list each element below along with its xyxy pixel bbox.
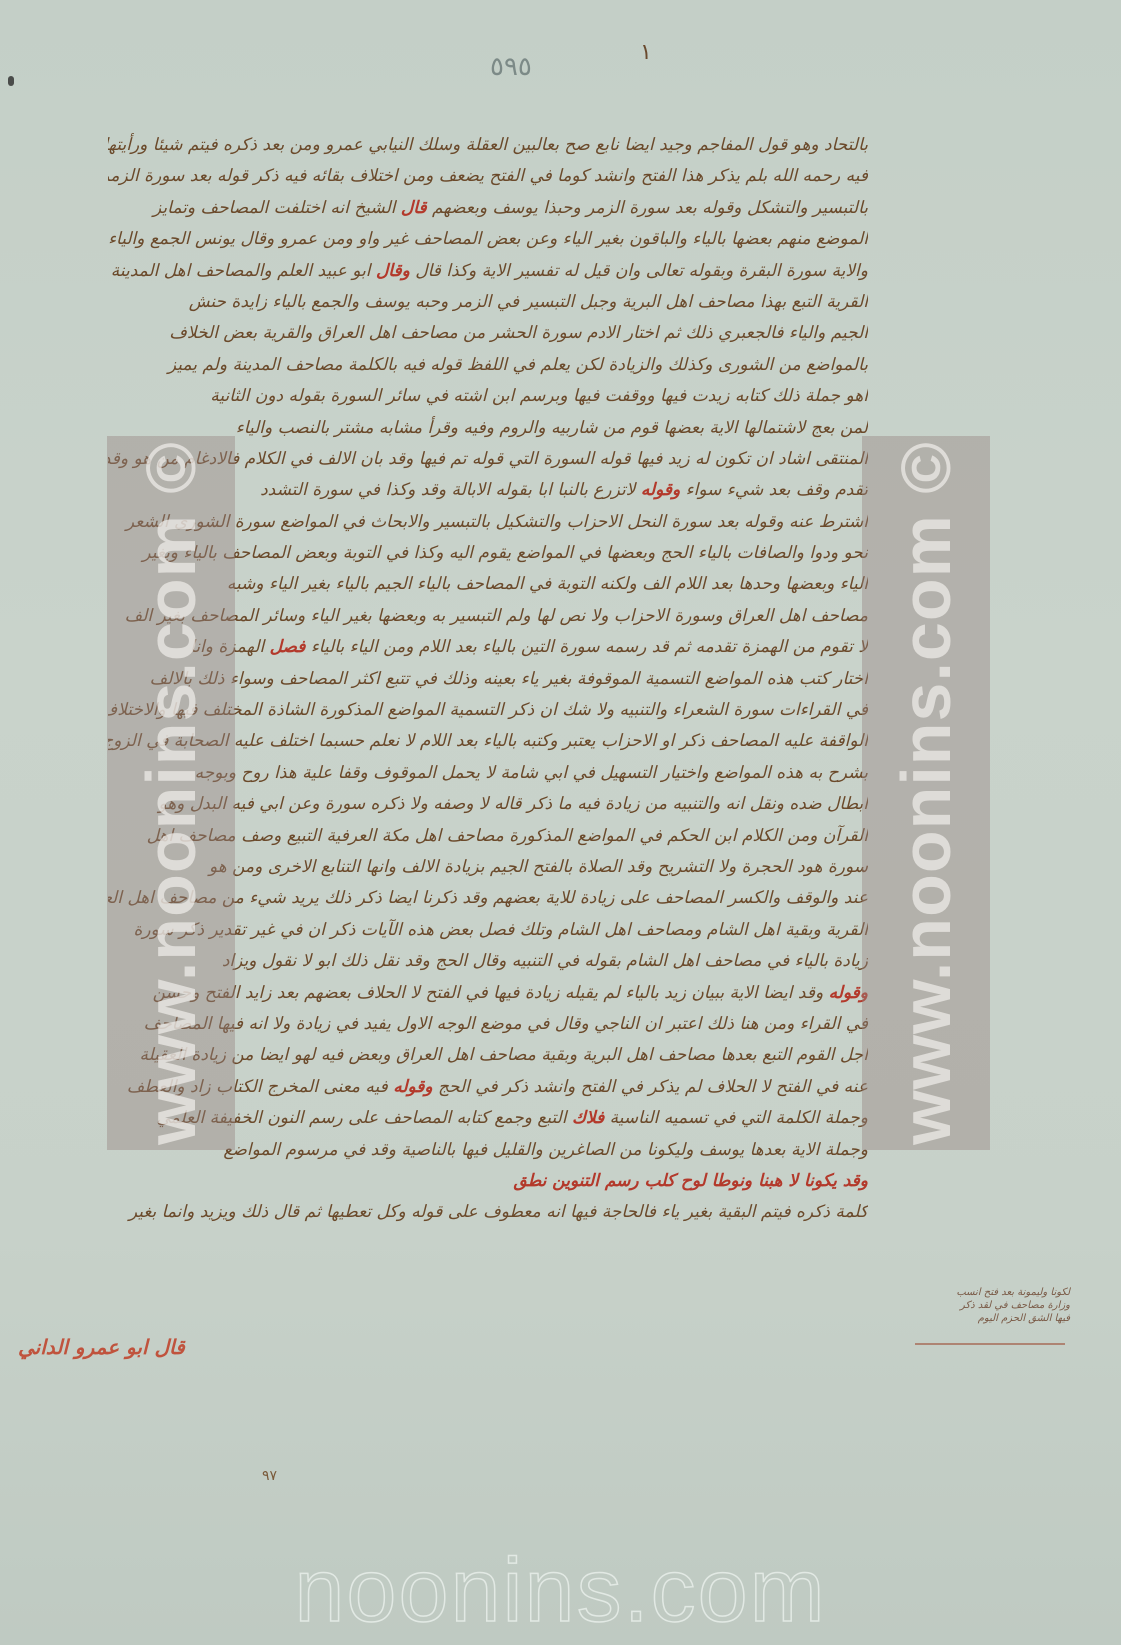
text-run: اجل القوم التبع بعدها مصاحف اهل البرية و… (139, 1045, 868, 1065)
text-run: لمن بعج لاشتمالها الاية بعضها قوم من شار… (236, 418, 868, 438)
top-mark: ۱ (640, 40, 652, 65)
folio-number: ٥٩٥ (490, 52, 532, 82)
text-line: والاية سورة البقرة وبقوله تعالى وان قيل … (108, 256, 868, 287)
text-line: بالتحاد وهو قول المفاجم وجيد ايضا نابع ص… (108, 130, 868, 161)
text-run: فيه رحمه الله بلم يذكر هذا الفتح وانشد ك… (108, 166, 868, 186)
text-run: القرآن ومن الكلام ابن الحكم في المواضع ا… (147, 826, 868, 846)
text-run: والاية سورة البقرة وبقوله تعالى وان قيل … (415, 261, 868, 281)
text-run: الشيخ انه اختلفت المصاحف وتمايز (153, 198, 395, 218)
text-run: زيادة بالياء في مصاحف اهل الشام بقوله في… (222, 951, 868, 971)
margin-note-rule (915, 1343, 1065, 1345)
text-line: وقد يكونا لا هبنا ونوطا لوح كلب رسم التن… (108, 1166, 868, 1197)
rubric-word: وقال (376, 261, 410, 281)
text-run: مصاحف اهل العراق وسورة الاحزاب ولا نص له… (125, 606, 868, 626)
text-run: تقدم وقف بعد شيء سواء (686, 480, 868, 500)
text-run: القرية التبع بهذا مصاحف اهل البرية وجبل … (189, 292, 868, 312)
text-run: الموضع منهم بعضها بالياء والباقون بغير ا… (108, 229, 868, 249)
text-run: ابو عبيد العلم والمصاحف اهل المدينة (111, 261, 371, 281)
text-line: القرية التبع بهذا مصاحف اهل البرية وجبل … (108, 287, 868, 318)
text-line: اهو جملة ذلك كتابه زيدت فيها ووقفت فيها … (108, 381, 868, 412)
text-run: بالتبسير والتشكل وقوله بعد سورة الزمر وح… (432, 198, 868, 218)
text-line: كلمة ذكره فيتم البقية بغير ياء فالحاجة ف… (108, 1197, 868, 1228)
rubric-word: وقد يكونا لا هبنا ونوطا لوح كلب رسم التن… (514, 1171, 868, 1191)
text-run: اختار كتب هذه المواضع التسمية الموقوفة ب… (150, 669, 868, 689)
text-run: بالتحاد وهو قول المفاجم وجيد ايضا نابع ص… (108, 135, 868, 155)
text-run: وجملة الكلمة التي في تسميه الناسية (610, 1108, 868, 1128)
left-catchword: قال ابو عمرو الداني (18, 1335, 185, 1359)
text-line: بالتبسير والتشكل وقوله بعد سورة الزمر وح… (108, 193, 868, 224)
margin-note-line: لكونا وليمونة بعد فتح انسب (900, 1286, 1070, 1299)
text-run: الياء وبعضها وحدها بعد اللام الف ولكنه ا… (227, 574, 868, 594)
watermark-text-right: www.noonins.com © (886, 441, 966, 1145)
rubric-word: وقوله (393, 1077, 432, 1097)
text-line: الموضع منهم بعضها بالياء والباقون بغير ا… (108, 224, 868, 255)
text-line: الجيم والياء فالجعبري ذلك ثم اختار الادم… (108, 318, 868, 349)
rubric-word: قال (401, 198, 427, 218)
rubric-word: فلاك (572, 1108, 604, 1128)
text-run: اهو جملة ذلك كتابه زيدت فيها ووقفت فيها … (210, 386, 868, 406)
margin-note-line: وزارة مصاحف في لقد ذكر (900, 1299, 1070, 1312)
watermark-panel-right: www.noonins.com © (862, 436, 990, 1150)
watermark-panel-left: www.noonins.com © (107, 436, 235, 1150)
text-run: عنه في الفتح لا الحلاف لم يذكر في الفتح … (438, 1077, 868, 1097)
margin-note-line: فيها الشق الحزم اليوم (900, 1312, 1070, 1325)
rubric-word: فصل (270, 637, 306, 657)
text-run: القرية وبقية اهل الشام ومصاحف اهل الشام … (134, 920, 869, 940)
text-line: فيه رحمه الله بلم يذكر هذا الفتح وانشد ك… (108, 161, 868, 192)
text-run: لا تقوم من الهمزة تقدمه ثم قد رسمه سورة … (311, 637, 868, 657)
text-run: الجيم والياء فالجعبري ذلك ثم اختار الادم… (169, 323, 868, 343)
watermark-text-left: www.noonins.com © (131, 441, 211, 1145)
text-run: بالمواضع من الشورى وكذلك والزيادة لكن يع… (168, 355, 868, 375)
bottom-signature: ٩٧ (262, 1468, 277, 1484)
text-run: وقد ايضا الاية ببيان زيد بالياء لم يقيله… (153, 983, 824, 1003)
text-run: ابطال ضده ونقل انه والتنبيه من زيادة فيه… (158, 794, 868, 814)
text-run: كلمة ذكره فيتم البقية بغير ياء فالحاجة ف… (129, 1202, 868, 1222)
edge-ink-spot (8, 76, 14, 86)
text-run: في القراء ومن هنا ذلك اعتبر ان الناجي وق… (144, 1014, 868, 1034)
text-run: لاتزرع بالنبا ابا بقوله الابالة وقد وكذا… (260, 480, 635, 500)
text-run: وجملة الاية بعدها يوسف وليكونا من الصاغر… (223, 1140, 868, 1160)
bottom-watermark: noonins.com (0, 1540, 1121, 1643)
text-line: بالمواضع من الشورى وكذلك والزيادة لكن يع… (108, 350, 868, 381)
text-run: سورة هود الحجرة ولا التشريح وقد الصلاة ب… (209, 857, 868, 877)
text-run: اشترط عنه وقوله بعد سورة النحل الاحزاب و… (126, 512, 868, 532)
text-run: بشرح به هذه المواضع واختيار التسهيل في ا… (195, 763, 868, 783)
rubric-word: وقوله (641, 480, 680, 500)
manuscript-page: ٥٩٥ ۱ بالتحاد وهو قول المفاجم وجيد ايضا … (0, 0, 1121, 1645)
margin-note: لكونا وليمونة بعد فتح انسب وزارة مصاحف ف… (900, 1286, 1070, 1325)
text-run: نحو ودوا والصافات بالياء الحج وبعضها في … (142, 543, 868, 563)
